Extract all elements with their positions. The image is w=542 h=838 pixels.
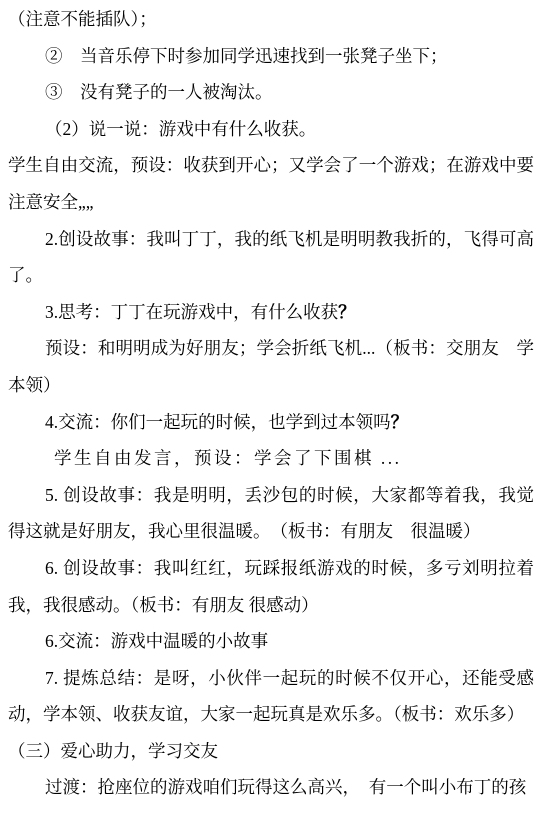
text-line: 4.交流：你们一起玩的时候，也学到过本领吗？: [45, 404, 534, 441]
lesson-plan-page: （注意不能插队）； ② 当音乐停下时参加同学迅速找到一张凳子坐下； ③ 没有凳子…: [0, 0, 542, 838]
text-line: 动，学本领、收获友谊，大家一起玩真是欢乐多。（板书：欢乐多）: [8, 696, 534, 733]
text-line: 5. 创设故事：我是明明，丢沙包的时候，大家都等着我，我觉: [45, 477, 534, 514]
text-line: （三）爱心助力，学习交友: [8, 733, 534, 770]
text-line: 本领）: [8, 367, 534, 404]
text-line: ② 当音乐停下时参加同学迅速找到一张凳子坐下；: [45, 38, 534, 75]
text-line: 了。: [8, 257, 534, 294]
text-line: ③ 没有凳子的一人被淘汰。: [45, 74, 534, 111]
text-line: 得这就是好朋友，我心里很温暖。 （板书：有朋友 很温暖）: [8, 513, 534, 550]
text-line: 6.交流：游戏中温暖的小故事: [45, 623, 534, 660]
text-line: 预设：和明明成为好朋友；学会折纸飞机...（板书：交朋友 学: [45, 330, 534, 367]
text-line: 2.创设故事：我叫丁丁，我的纸飞机是明明教我折的，飞得可高: [45, 221, 534, 258]
text-line: 注意安全„„: [8, 184, 534, 221]
text-line: 3.思考：丁丁在玩游戏中，有什么收获？: [45, 294, 534, 331]
text-line: （注意不能插队）；: [8, 1, 534, 38]
text-line: 学生自由发言，预设：学会了下围棋 ...: [54, 440, 534, 477]
text-line: （2）说一说：游戏中有什么收获。: [45, 111, 534, 148]
text-line: 过渡：抢座位的游戏咱们玩得这么高兴， 有一个叫小布丁的孩: [45, 769, 534, 806]
text-line: 我，我很感动。（板书：有朋友 很感动）: [8, 587, 534, 624]
text-line: 7. 提炼总结：是呀，小伙伴一起玩的时候不仅开心，还能受感: [45, 660, 534, 697]
text-line: 学生自由交流，预设：收获到开心；又学会了一个游戏；在游戏中要: [8, 147, 534, 184]
text-line: 6. 创设故事：我叫红红，玩踩报纸游戏的时候，多亏刘明拉着: [45, 550, 534, 587]
